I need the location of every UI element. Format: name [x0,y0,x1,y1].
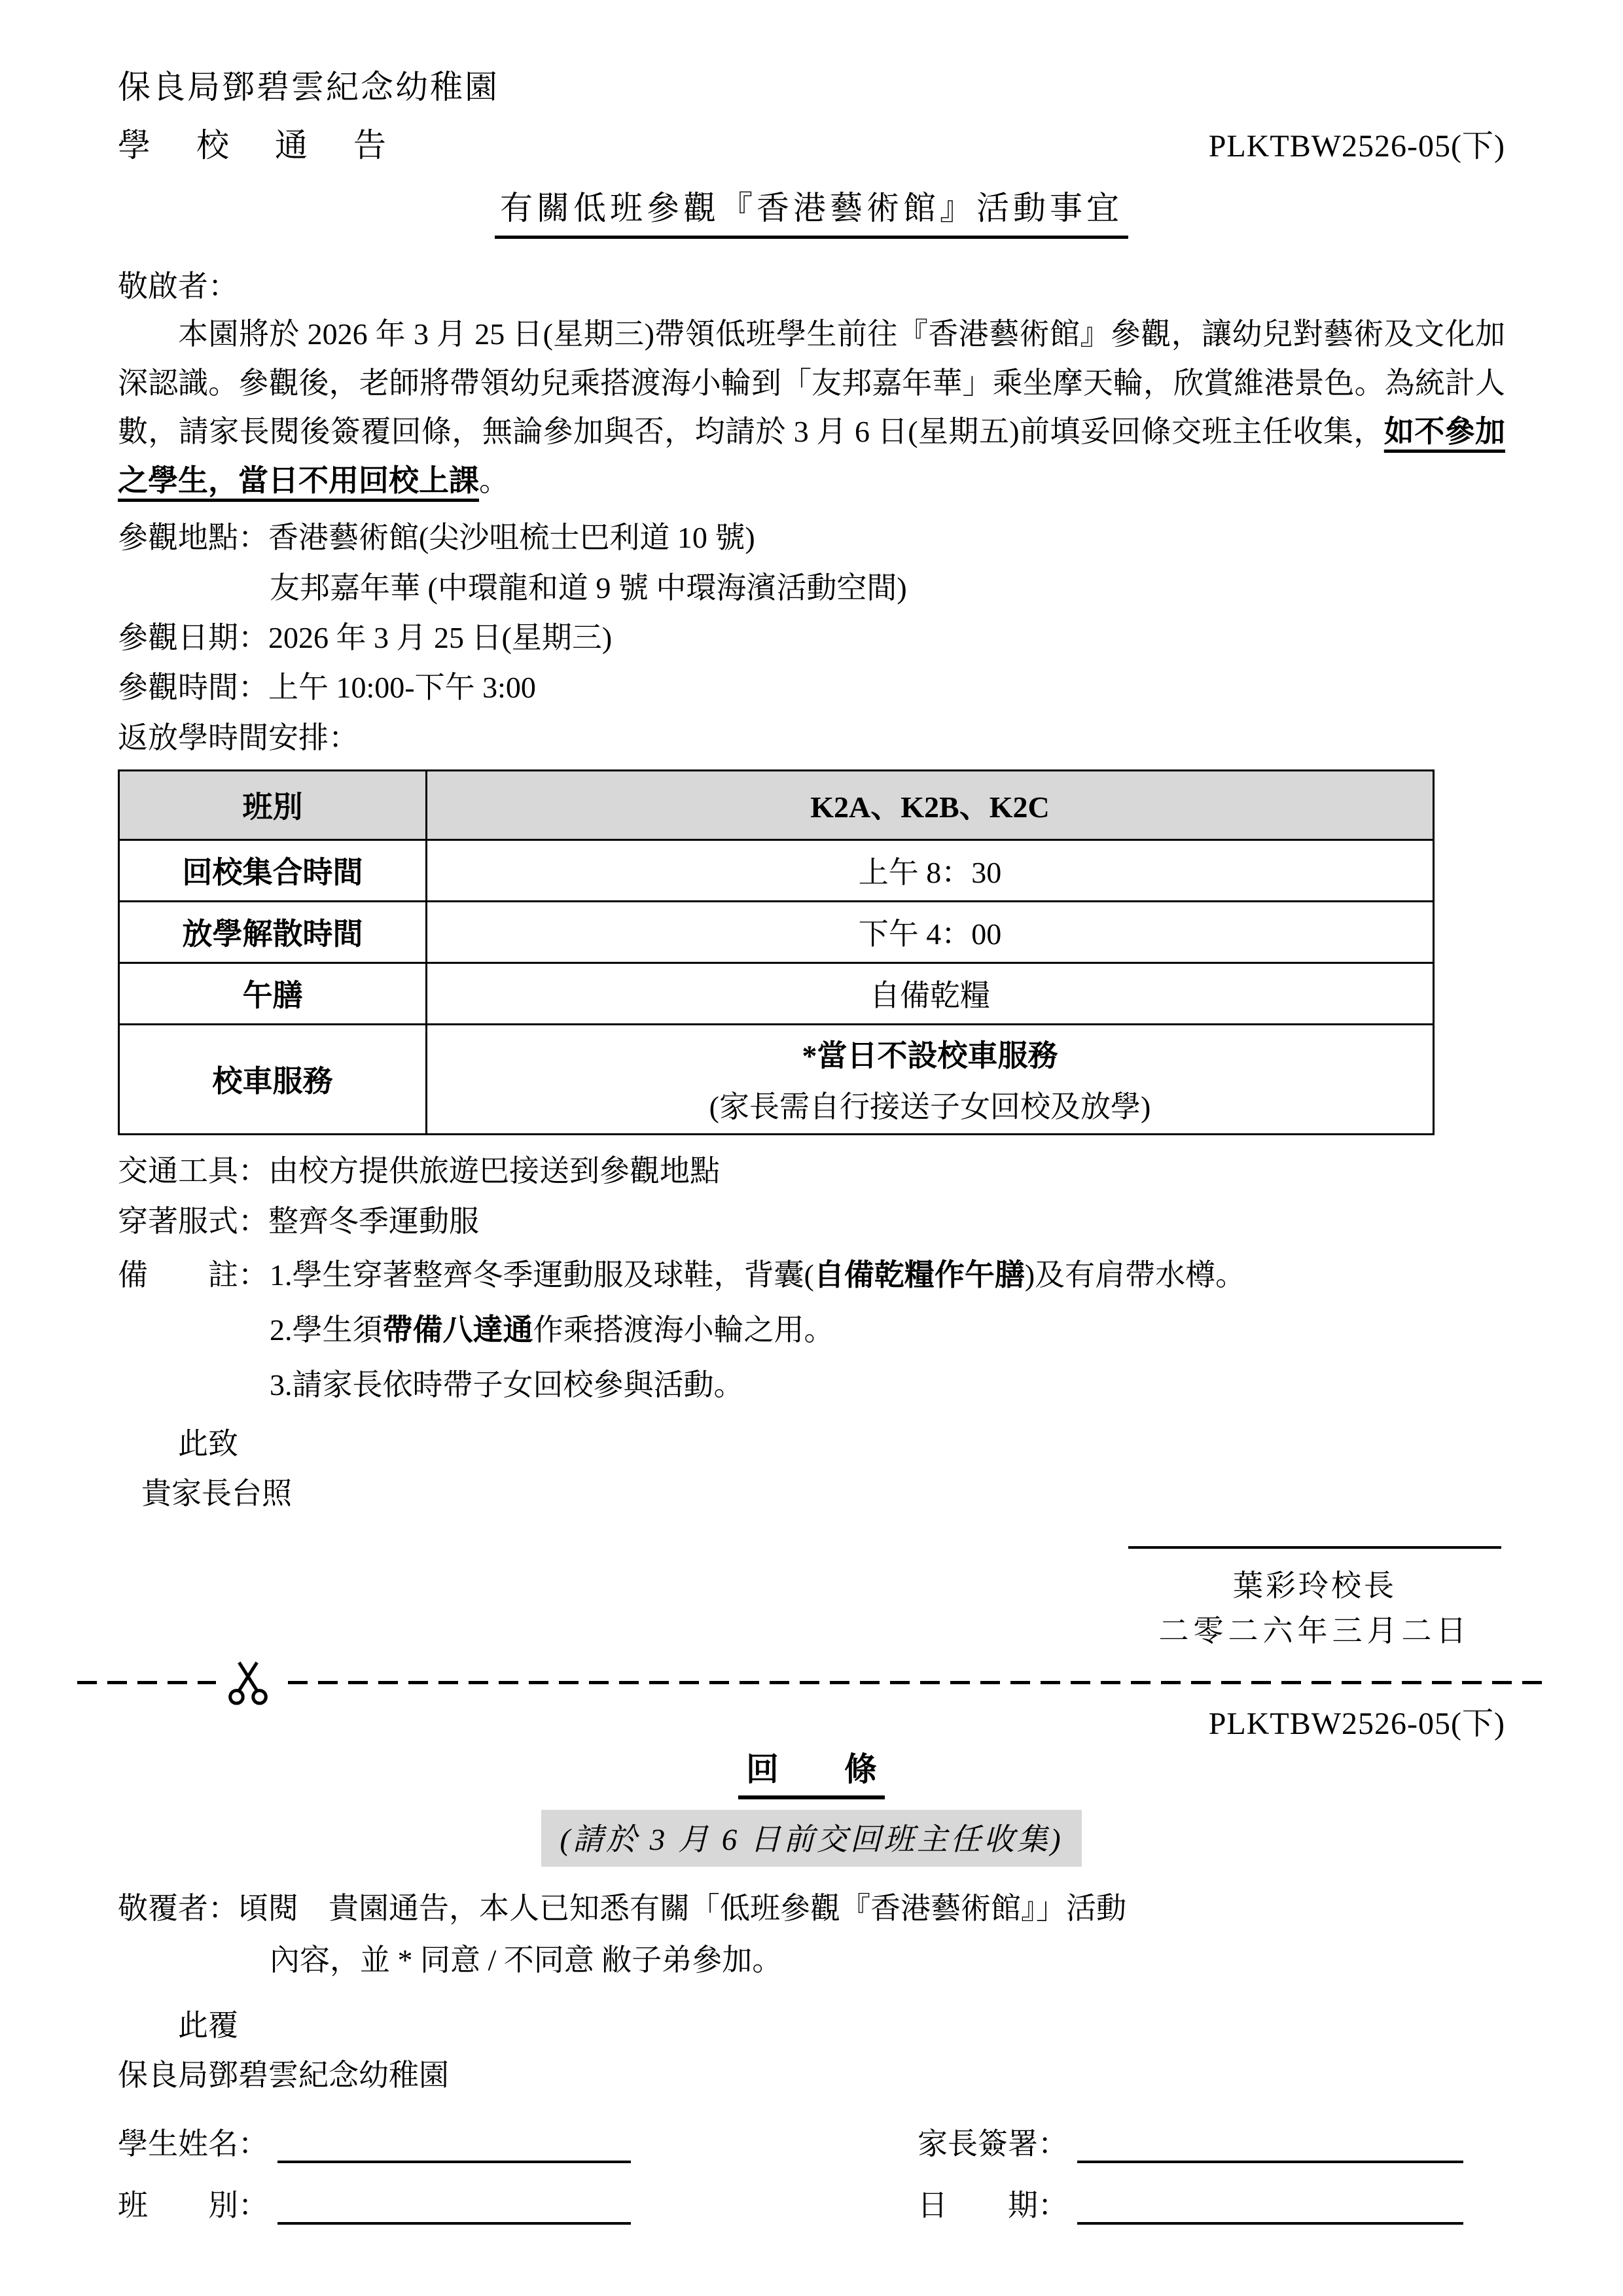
field-row-1: 學生姓名： 家長簽署： [118,2120,1505,2163]
detail-schedule-line: 返放學時間安排： [118,713,1505,763]
closing-recipient: 貴家長台照 [118,1469,1505,1519]
reply-notice-number: PLKTBW2526-05(下) [118,1698,1505,1743]
detail-time-label: 參觀時間： [118,671,268,704]
schedule-header-class: 班別 [119,770,427,839]
schedule-row-lunch: 午膳 自備乾糧 [119,963,1434,1024]
reply-deadline-wrap: (請於 3 月 6 日前交回班主任收集) [118,1810,1505,1867]
reply-school-name: 保良局鄧碧雲紀念幼稚園 [118,2051,1505,2100]
remarks-section: 備 註： 1.學生穿著整齊冬季運動服及球鞋，背囊(自備乾糧作午膳)及有肩帶水樽。… [118,1248,1505,1412]
visit-details: 參觀地點：香港藝術館(尖沙咀梳士巴利道 10 號) 友邦嘉年華 (中環龍和道 9… [118,513,1505,763]
remarks-label: 備 註： [118,1248,270,1412]
date-field: 日 期： [918,2181,1463,2225]
schedule-row-bus: 校車服務 *當日不設校車服務 (家長需自行接送子女回校及放學) [119,1024,1434,1134]
notice-page: 保良局鄧碧雲紀念幼稚園 學 校 通 告 PLKTBW2526-05(下) 有關低… [0,0,1623,2296]
detail-date-value: 2026 年 3 月 25 日(星期三) [268,621,612,654]
date-blank [1077,2191,1463,2225]
bus-service-cell: *當日不設校車服務 (家長需自行接送子女回校及放學) [427,1024,1434,1134]
field-row-2: 班 別： 日 期： [118,2181,1505,2225]
parent-signature-blank [1077,2129,1463,2163]
detail-time-line: 參觀時間：上午 10:00-下午 3:00 [118,663,1505,713]
doc-type: 學 校 通 告 [118,119,393,166]
notice-number: PLKTBW2526-05(下) [1209,120,1505,166]
detail-date-line: 參觀日期：2026 年 3 月 25 日(星期三) [118,613,1505,663]
class-field: 班 別： [118,2181,918,2225]
remarks-items: 1.學生穿著整齊冬季運動服及球鞋，背囊(自備乾糧作午膳)及有肩帶水樽。 2.學生… [270,1248,1505,1412]
cut-line [77,1681,1546,1685]
attire-label: 穿著服式： [118,1205,268,1238]
salutation: 敬啟者： [118,262,1505,311]
remark-item-2: 2.學生須帶備八達通作乘搭渡海小輪之用。 [270,1303,1505,1358]
reply-closing: 此覆 [118,2001,1505,2051]
closing-this-to: 此致 [118,1419,1505,1469]
notice-title: 有關低班參觀『香港藝術館』活動事宜 [495,182,1128,239]
bus-service-note: (家長需自行接送子女回校及放學) [427,1083,1433,1126]
notice-body-text: 本園將於 2026 年 3 月 25 日(星期三)帶領低班學生前往『香港藝術館』… [118,317,1505,448]
reply-body: 敬覆者：頃閱 貴園通告，本人已知悉有關「低班參觀『香港藝術館』」活動 內容，並 … [118,1882,1505,1986]
dismissal-time-value: 下午 4：00 [427,901,1434,963]
logistics-section: 交通工具：由校方提供旅遊巴接送到參觀地點 穿著服式：整齊冬季運動服 [118,1146,1505,1247]
dismissal-time-label: 放學解散時間 [119,901,427,963]
reply-title-wrap: 回 條 [118,1743,1505,1799]
parent-signature-field: 家長簽署： [918,2120,1463,2163]
issue-date: 二零二六年三月二日 [1128,1608,1501,1653]
detail-date-label: 參觀日期： [118,621,268,654]
schedule-table: 班別 K2A、K2B、K2C 回校集合時間 上午 8：30 放學解散時間 下午 … [118,769,1435,1135]
notice-body: 本園將於 2026 年 3 月 25 日(星期三)帶領低班學生前往『香港藝術館』… [118,310,1505,505]
cut-line-dashes [77,1681,1546,1684]
detail-location-label: 參觀地點： [118,521,268,554]
reply-title: 回 條 [738,1743,885,1799]
notice-body-end: 。 [479,464,509,497]
bus-service-value: *當日不設校車服務 [427,1032,1433,1075]
detail-location-line: 參觀地點：香港藝術館(尖沙咀梳士巴利道 10 號) [118,513,1505,563]
notice-title-wrap: 有關低班參觀『香港藝術館』活動事宜 [118,182,1505,239]
reply-deadline: (請於 3 月 6 日前交回班主任收集) [541,1810,1081,1867]
student-name-label: 學生姓名： [118,2120,268,2163]
transport-value: 由校方提供旅遊巴接送到參觀地點 [268,1154,720,1188]
attire-line: 穿著服式：整齊冬季運動服 [118,1196,1505,1246]
transport-label: 交通工具： [118,1154,268,1188]
lunch-value: 自備乾糧 [427,963,1434,1024]
school-name: 保良局鄧碧雲紀念幼稚園 [118,65,1505,110]
signature-block: 葉彩玲校長 二零二六年三月二日 [1128,1545,1501,1653]
reply-body-line-1: 敬覆者：頃閱 貴園通告，本人已知悉有關「低班參觀『香港藝術館』」活動 [118,1882,1505,1934]
scissors-icon [216,1656,280,1707]
principal-name: 葉彩玲校長 [1128,1563,1501,1608]
reply-body-line-2: 內容，並 * 同意 / 不同意 敝子弟參加。 [118,1934,1505,1986]
reply-form-fields: 學生姓名： 家長簽署： 班 別： 日 期： [118,2120,1505,2225]
remark-item-3: 3.請家長依時帶子女回校參與活動。 [270,1358,1505,1413]
detail-location2-line: 友邦嘉年華 (中環龍和道 9 號 中環海濱活動空間) [118,563,1505,613]
attire-value: 整齊冬季運動服 [268,1205,479,1238]
schedule-row-dismissal: 放學解散時間 下午 4：00 [119,901,1434,963]
principal-signature-line [1128,1545,1501,1549]
detail-time-value: 上午 10:00-下午 3:00 [268,671,536,704]
date-label: 日 期： [918,2181,1068,2225]
class-blank [277,2191,631,2225]
student-name-field: 學生姓名： [118,2120,918,2163]
parent-signature-label: 家長簽署： [918,2120,1068,2163]
lunch-label: 午膳 [119,963,427,1024]
schedule-header-classes: K2A、K2B、K2C [427,770,1434,839]
assembly-time-label: 回校集合時間 [119,839,427,901]
remark-item-1: 1.學生穿著整齊冬季運動服及球鞋，背囊(自備乾糧作午膳)及有肩帶水樽。 [270,1248,1505,1303]
detail-location2-value: 友邦嘉年華 (中環龍和道 9 號 中環海濱活動空間) [270,571,907,605]
detail-location-value: 香港藝術館(尖沙咀梳士巴利道 10 號) [268,521,755,554]
student-name-blank [277,2129,631,2163]
doc-type-row: 學 校 通 告 PLKTBW2526-05(下) [118,119,1505,166]
bus-service-label: 校車服務 [119,1024,427,1134]
detail-schedule-label: 返放學時間安排： [118,721,359,754]
class-label: 班 別： [118,2181,268,2225]
schedule-row-assembly: 回校集合時間 上午 8：30 [119,839,1434,901]
transport-line: 交通工具：由校方提供旅遊巴接送到參觀地點 [118,1146,1505,1196]
assembly-time-value: 上午 8：30 [427,839,1434,901]
schedule-header-row: 班別 K2A、K2B、K2C [119,770,1434,839]
